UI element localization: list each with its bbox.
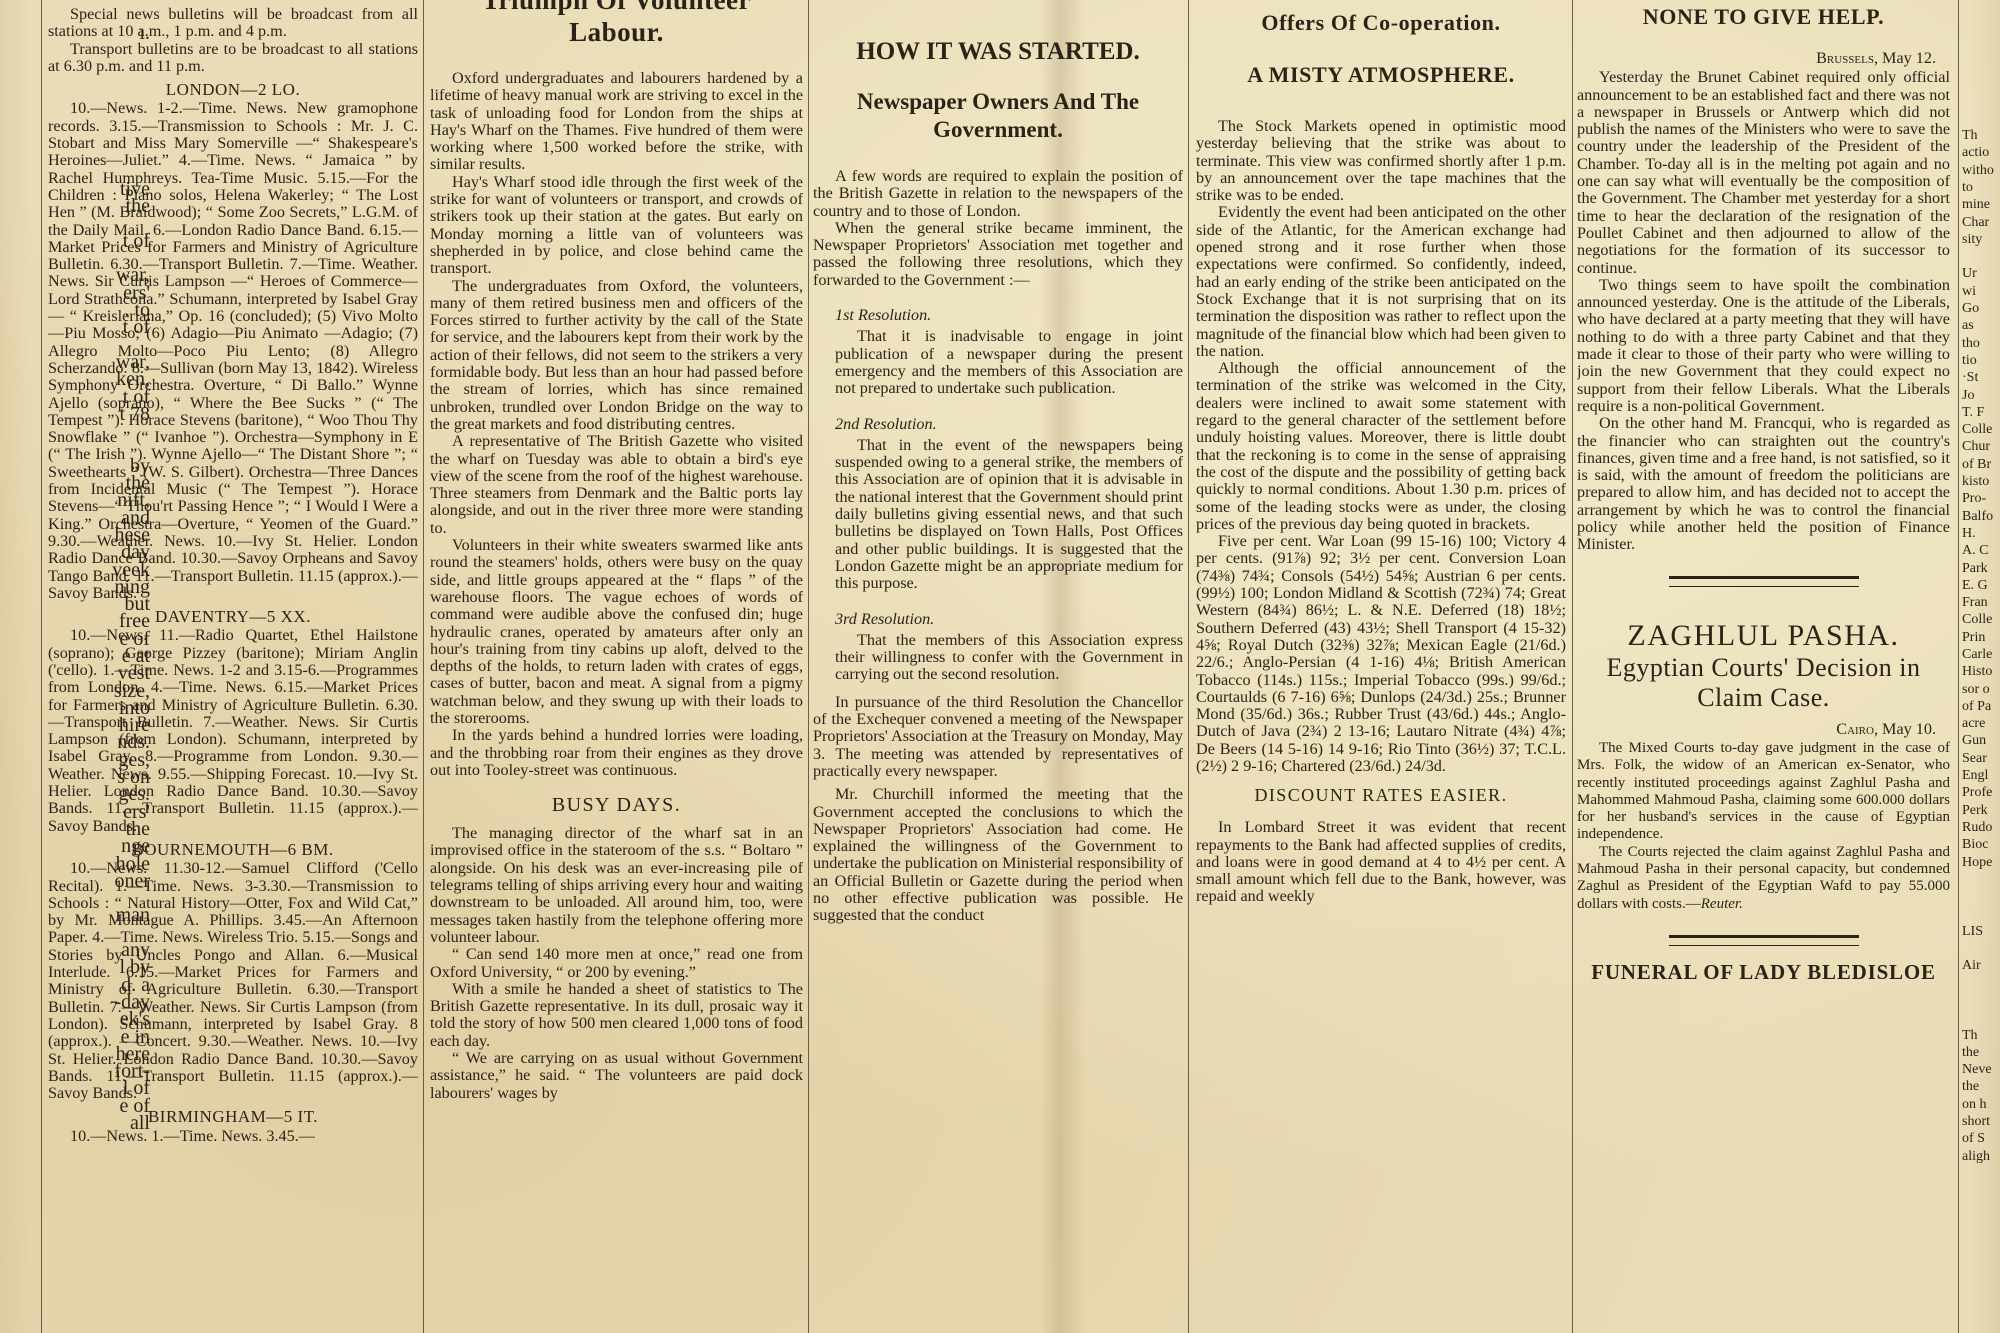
resolution-label-2: 2nd Resolution. bbox=[835, 416, 1183, 433]
station-programme-birmingham: 10.—News. 1.—Time. News. 3.45.— bbox=[48, 1128, 418, 1145]
fragment-line: Prin bbox=[1962, 629, 2000, 646]
fragment-line: short bbox=[1962, 1113, 2000, 1130]
fragment-line: T. F bbox=[1962, 404, 2000, 421]
fragment-line bbox=[1962, 92, 2000, 109]
fragment-line: Air bbox=[1962, 957, 2000, 974]
dateline-city: Cairo bbox=[1836, 720, 1874, 738]
station-heading-bournemouth: BOURNEMOUTH—6 BM. bbox=[48, 841, 418, 858]
headline-zaghlul-pasha: ZAGHLUL PASHA. bbox=[1577, 619, 1950, 653]
article-paragraph: Although the official announcement of th… bbox=[1196, 360, 1566, 533]
fragment-line: Bioc bbox=[1962, 836, 2000, 853]
fragment-line: as bbox=[1962, 317, 2000, 334]
column-rule-2 bbox=[423, 0, 424, 1333]
column-rule-4 bbox=[1188, 0, 1189, 1333]
article-paragraph: A representative of The British Gazette … bbox=[430, 433, 803, 537]
fragment-line bbox=[1962, 888, 2000, 905]
fragment-line: Carle bbox=[1962, 646, 2000, 663]
column-rule-6 bbox=[1958, 0, 1959, 1333]
fragment-line: Colle bbox=[1962, 611, 2000, 628]
column-rule-1 bbox=[41, 0, 42, 1333]
dateline-cairo: Cairo, May 10. bbox=[1577, 721, 1936, 738]
fragment-line: of Br bbox=[1962, 456, 2000, 473]
fragment-line: wi bbox=[1962, 283, 2000, 300]
resolution-label-1: 1st Resolution. bbox=[835, 307, 1183, 324]
article-paragraph: “ Can send 140 more men at once,” read o… bbox=[430, 946, 803, 981]
fragment-line: Colle bbox=[1962, 421, 2000, 438]
fragment-line: tho bbox=[1962, 335, 2000, 352]
fragment-line bbox=[1962, 871, 2000, 888]
fragment-line: Profe bbox=[1962, 784, 2000, 801]
article-paragraph: “ We are carrying on as usual without Go… bbox=[430, 1050, 803, 1102]
fragment-line: kisto bbox=[1962, 473, 2000, 490]
fragment-line: Fran bbox=[1962, 594, 2000, 611]
headline: Labour. bbox=[430, 16, 803, 48]
fragment-line: actio bbox=[1962, 144, 2000, 161]
fragment-line: the bbox=[1962, 1078, 2000, 1095]
fragment-line: aligh bbox=[1962, 1148, 2000, 1165]
fragment-line: of Pa bbox=[1962, 698, 2000, 715]
column-broadcast-programmes: Special news bulletins will be broadcast… bbox=[48, 6, 418, 1333]
article-paragraph: On the other hand M. Francqui, who is re… bbox=[1577, 415, 1950, 553]
intro-paragraph-1: Special news bulletins will be broadcast… bbox=[48, 6, 418, 41]
resolution-text-2: That in the event of the newspapers bein… bbox=[813, 437, 1183, 593]
right-column-fragment: ThactiowithotomineCharsity UrwiGoasthoti… bbox=[1962, 6, 2000, 1165]
article-paragraph: A few words are required to explain the … bbox=[813, 168, 1183, 220]
fragment-line: Perk bbox=[1962, 802, 2000, 819]
fragment-line: Char bbox=[1962, 214, 2000, 231]
fragment-line bbox=[1962, 75, 2000, 92]
dateline-date: , May 12. bbox=[1874, 49, 1936, 67]
article-paragraph: Oxford undergraduates and labourers hard… bbox=[430, 70, 803, 174]
newspaper-page: ı. tivethe t of war,ers'. tot of war,ken… bbox=[0, 0, 2000, 1333]
news-agency-credit: Reuter. bbox=[1701, 896, 1743, 912]
article-paragraph: Yesterday the Brunet Cabinet required on… bbox=[1577, 69, 1950, 277]
fragment-line: Th bbox=[1962, 1027, 2000, 1044]
station-heading-daventry: DAVENTRY—5 XX. bbox=[48, 608, 418, 625]
headline-funeral-lady-bledisloe: FUNERAL OF LADY BLEDISLOE bbox=[1577, 960, 1950, 984]
fragment-line: Jo bbox=[1962, 387, 2000, 404]
headline: NONE TO GIVE HELP. bbox=[1577, 4, 1950, 30]
fragment-line: sor o bbox=[1962, 681, 2000, 698]
fragment-line bbox=[1962, 41, 2000, 58]
fragment-line bbox=[1962, 975, 2000, 992]
article-paragraph: Evidently the event had been anticipated… bbox=[1196, 204, 1566, 360]
fragment-line: H. bbox=[1962, 525, 2000, 542]
fragment-line bbox=[1962, 6, 2000, 23]
subheadline-egyptian-courts: Egyptian Courts' Decision in Claim Case. bbox=[1577, 653, 1950, 713]
fragment-line bbox=[1962, 905, 2000, 922]
article-paragraph: Volunteers in their white sweaters swarm… bbox=[430, 537, 803, 727]
fragment-line: Th bbox=[1962, 127, 2000, 144]
subheadline: Newspaper Owners And The Government. bbox=[813, 88, 1183, 144]
subheading-misty-atmosphere: A MISTY ATMOSPHERE. bbox=[1196, 62, 1566, 88]
headline: HOW IT WAS STARTED. bbox=[813, 38, 1183, 66]
fragment-line bbox=[1962, 23, 2000, 40]
article-paragraph: The Stock Markets opened in optimistic m… bbox=[1196, 118, 1566, 204]
stock-prices-paragraph: Five per cent. War Loan (99 15-16) 100; … bbox=[1196, 533, 1566, 775]
article-paragraph: The undergraduates from Oxford, the volu… bbox=[430, 278, 803, 434]
fragment-line: Rudo bbox=[1962, 819, 2000, 836]
fragment-line: of S bbox=[1962, 1130, 2000, 1147]
fragment-line: Park bbox=[1962, 560, 2000, 577]
fragment-line: Engl bbox=[1962, 767, 2000, 784]
article-paragraph: In pursuance of the third Resolution the… bbox=[813, 694, 1183, 780]
fragment-line: the bbox=[1962, 1044, 2000, 1061]
fragment-line: Pro- bbox=[1962, 490, 2000, 507]
fragment-line: witho bbox=[1962, 162, 2000, 179]
resolution-text-3: That the members of this Association exp… bbox=[813, 632, 1183, 684]
fragment-line: Hope bbox=[1962, 854, 2000, 871]
column-foreign-news: NONE TO GIVE HELP. Brussels, May 12. Yes… bbox=[1577, 4, 1950, 1333]
fragment-line: E. G bbox=[1962, 577, 2000, 594]
station-heading-london: LONDON—2 LO. bbox=[48, 81, 418, 98]
station-programme-bournemouth: 10.—News. 11.30-12.—Samuel Clifford ('Ce… bbox=[48, 860, 418, 1102]
intro-paragraph-2: Transport bulletins are to be broadcast … bbox=[48, 41, 418, 76]
article-text: The Courts rejected the claim against Za… bbox=[1577, 844, 1950, 912]
fragment-line: tio bbox=[1962, 352, 2000, 369]
column-stock-markets: Offers Of Co-operation. A MISTY ATMOSPHE… bbox=[1196, 10, 1566, 1333]
article-paragraph: In the yards behind a hundred lorries we… bbox=[430, 727, 803, 779]
article-paragraph: With a smile he handed a sheet of statis… bbox=[430, 981, 803, 1050]
article-paragraph: The Mixed Courts to-day gave judgment in… bbox=[1577, 740, 1950, 844]
dateline-brussels: Brussels, May 12. bbox=[1577, 50, 1936, 67]
station-programme-daventry: 10.—News. 11.—Radio Quartet, Ethel Hails… bbox=[48, 627, 418, 835]
fragment-line: Balfo bbox=[1962, 508, 2000, 525]
column-how-it-was-started: HOW IT WAS STARTED. Newspaper Owners And… bbox=[813, 38, 1183, 1333]
fragment-line: Ur bbox=[1962, 265, 2000, 282]
fragment-line bbox=[1962, 248, 2000, 265]
fragment-line bbox=[1962, 1009, 2000, 1026]
fragment-line: LIS bbox=[1962, 923, 2000, 940]
article-paragraph: Hay's Wharf stood idle through the first… bbox=[430, 174, 803, 278]
fragment-line bbox=[1962, 110, 2000, 127]
fragment-line bbox=[1962, 940, 2000, 957]
column-rule-5 bbox=[1572, 0, 1573, 1333]
headline-top-line: Triumph Of Volunteer bbox=[430, 0, 803, 16]
subheading-discount-rates: DISCOUNT RATES EASIER. bbox=[1196, 783, 1566, 807]
fragment-line: to bbox=[1962, 179, 2000, 196]
fragment-line: Go bbox=[1962, 300, 2000, 317]
fragment-line: Sear bbox=[1962, 750, 2000, 767]
station-programme-london: 10.—News. 1-2.—Time. News. New gramophon… bbox=[48, 100, 418, 602]
resolution-label-3: 3rd Resolution. bbox=[835, 611, 1183, 628]
article-paragraph: The managing director of the wharf sat i… bbox=[430, 825, 803, 946]
fragment-line: mine bbox=[1962, 196, 2000, 213]
double-rule-divider bbox=[1669, 935, 1859, 946]
fragment-line: ·St bbox=[1962, 369, 2000, 386]
fragment-line: A. C bbox=[1962, 542, 2000, 559]
fragment-line: acre bbox=[1962, 715, 2000, 732]
article-paragraph: The Courts rejected the claim against Za… bbox=[1577, 844, 1950, 913]
column-volunteer-labour: Triumph Of Volunteer Labour. Oxford unde… bbox=[430, 0, 803, 1333]
fragment-line: on h bbox=[1962, 1096, 2000, 1113]
dateline-date: , May 10. bbox=[1874, 720, 1936, 738]
article-paragraph: Mr. Churchill informed the meeting that … bbox=[813, 786, 1183, 924]
dateline-city: Brussels bbox=[1816, 49, 1874, 67]
subheading-busy-days: BUSY DAYS. bbox=[430, 793, 803, 817]
column-rule-3 bbox=[808, 0, 809, 1333]
fragment-line: sity bbox=[1962, 231, 2000, 248]
fragment-line bbox=[1962, 992, 2000, 1009]
article-paragraph: Two things seem to have spoilt the combi… bbox=[1577, 277, 1950, 415]
article-paragraph: In Lombard Street it was evident that re… bbox=[1196, 819, 1566, 905]
article-paragraph: When the general strike became imminent,… bbox=[813, 220, 1183, 289]
double-rule-divider bbox=[1669, 576, 1859, 587]
fragment-line: Chur bbox=[1962, 438, 2000, 455]
headline: Offers Of Co-operation. bbox=[1196, 10, 1566, 36]
fragment-line bbox=[1962, 58, 2000, 75]
fragment-line: Histo bbox=[1962, 663, 2000, 680]
fragment-line: Neve bbox=[1962, 1061, 2000, 1078]
resolution-text-1: That it is inadvisable to engage in join… bbox=[813, 328, 1183, 397]
station-heading-birmingham: BIRMINGHAM—5 IT. bbox=[48, 1108, 418, 1125]
fragment-line: Gun bbox=[1962, 732, 2000, 749]
